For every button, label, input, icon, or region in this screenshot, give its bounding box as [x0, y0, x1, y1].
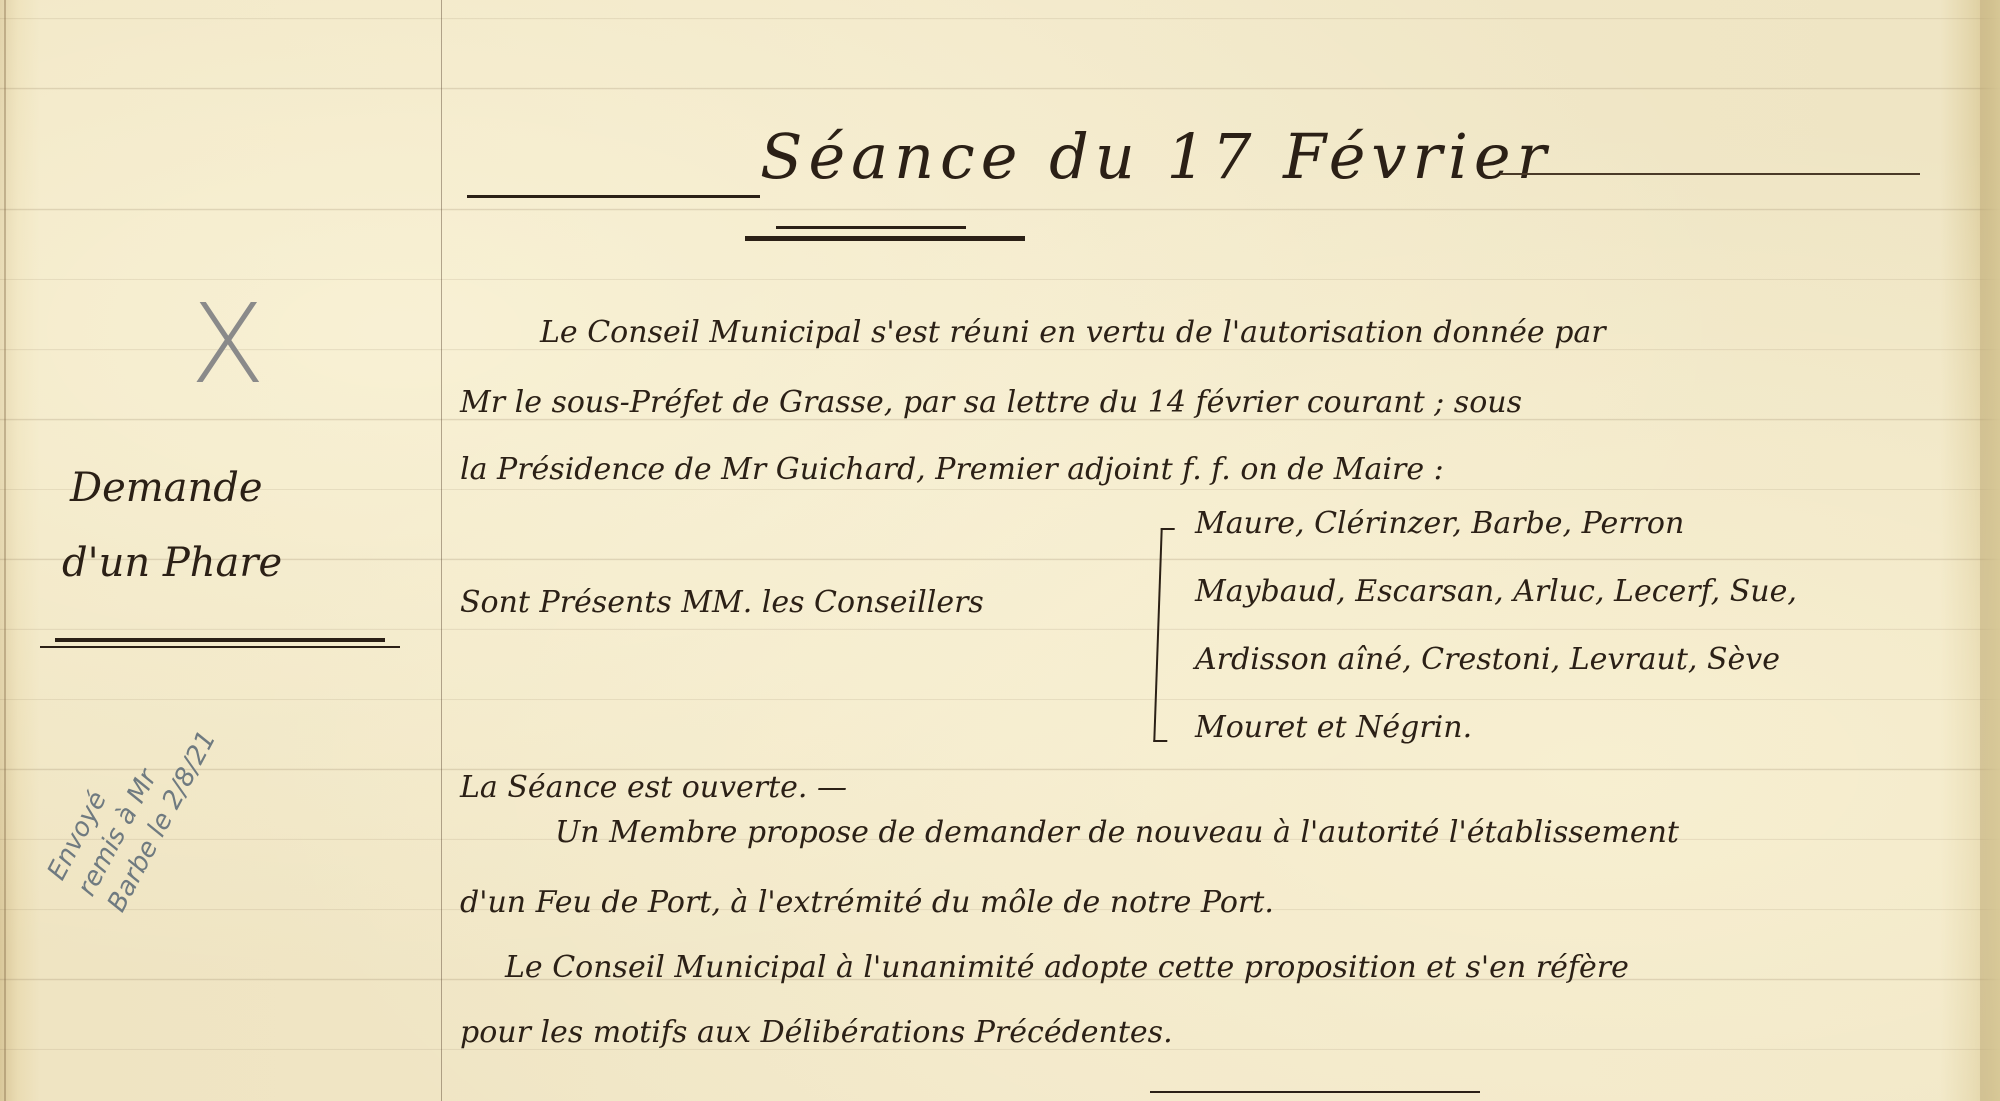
- members-row: Maure, Clérinzer, Barbe, Perron: [1195, 490, 1797, 558]
- margin-subject-line-1: Demande: [70, 465, 263, 511]
- body-line: Mr le sous-Préfet de Grasse, par sa lett…: [460, 385, 1522, 420]
- members-list: Maure, Clérinzer, Barbe, Perron Maybaud,…: [1195, 490, 1797, 762]
- session-title: Séance du 17 Février: [760, 120, 1552, 193]
- title-rule-left: [467, 195, 760, 198]
- title-underline-thick: [745, 236, 1025, 241]
- body-line: Le Conseil Municipal s'est réuni en vert…: [540, 315, 1606, 350]
- margin-subject-line-2: d'un Phare: [62, 540, 282, 586]
- title-underline: [776, 226, 966, 229]
- proceedings-line: La Séance est ouverte. —: [460, 770, 847, 805]
- page-right-edge: [1980, 0, 2000, 1101]
- margin-divider: [55, 638, 385, 642]
- proceedings-line: pour les motifs aux Délibérations Précéd…: [460, 1015, 1173, 1050]
- proceedings-line: Un Membre propose de demander de nouveau…: [555, 815, 1679, 850]
- members-row: Ardisson aîné, Crestoni, Levraut, Sève: [1195, 626, 1797, 694]
- register-page: Séance du 17 Février X Demande d'un Phar…: [0, 0, 2000, 1101]
- page-left-edge: [4, 0, 6, 1101]
- proceedings-line: Le Conseil Municipal à l'unanimité adopt…: [505, 950, 1629, 985]
- pencil-x-mark: X: [190, 280, 265, 408]
- closing-rule: [1150, 1091, 1480, 1093]
- members-row: Mouret et Négrin.: [1195, 694, 1797, 762]
- body-line: la Présidence de Mr Guichard, Premier ad…: [460, 452, 1444, 487]
- present-label: Sont Présents MM. les Conseillers: [460, 585, 984, 620]
- margin-divider-thin: [40, 646, 400, 648]
- margin-rule: [441, 0, 442, 1101]
- title-rule-right: [1500, 173, 1920, 175]
- proceedings-line: d'un Feu de Port, à l'extrémité du môle …: [460, 885, 1274, 920]
- members-row: Maybaud, Escarsan, Arluc, Lecerf, Sue,: [1195, 558, 1797, 626]
